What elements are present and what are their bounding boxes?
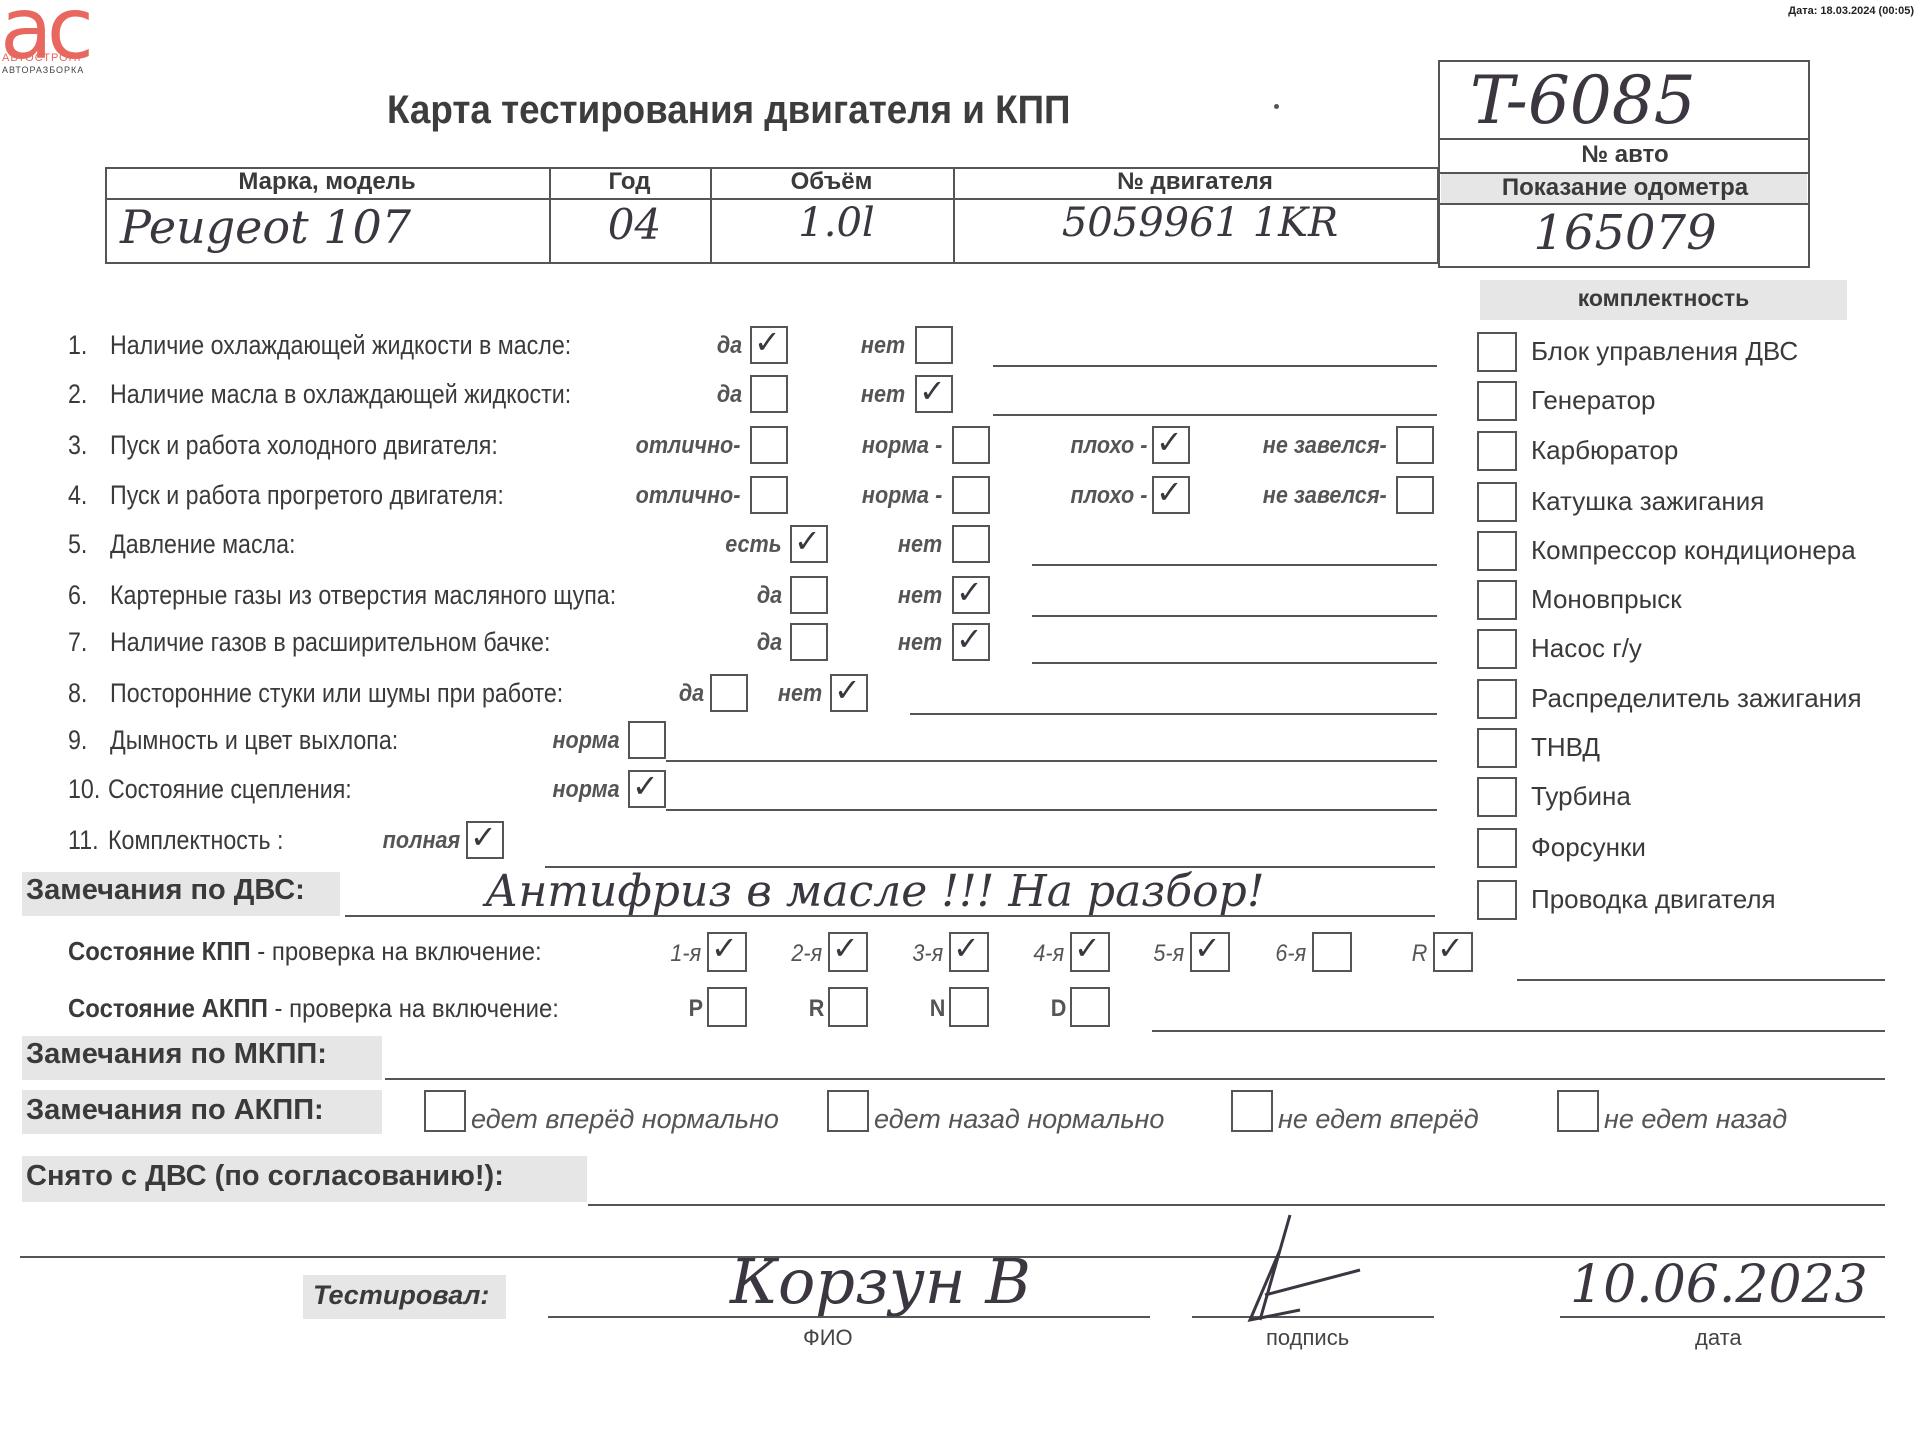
signature-mark xyxy=(1220,1210,1370,1330)
option-checkbox[interactable] xyxy=(628,721,666,759)
option-checkbox[interactable] xyxy=(952,476,990,514)
gear-checkbox[interactable]: ✓ xyxy=(828,932,868,972)
note-line[interactable] xyxy=(993,365,1437,367)
checklist-number: 11. xyxy=(68,825,99,856)
auto-gearbox-label: Состояние АКПП - проверка на включение: xyxy=(68,993,559,1024)
option-label: полная xyxy=(382,827,460,855)
odometer-label: Показание одометра xyxy=(1440,174,1810,202)
completeness-item-label: Форсунки xyxy=(1531,832,1646,863)
removed-line xyxy=(588,1204,1885,1206)
gear-label: R xyxy=(1411,940,1427,968)
option-label: нет xyxy=(861,381,905,409)
table-header: № двигателя xyxy=(953,168,1437,196)
check-mark-icon: ✓ xyxy=(956,619,983,661)
table-rule xyxy=(105,262,1439,264)
signature-caption: подпись xyxy=(1266,1325,1349,1351)
mkpp-remarks-label: Замечания по МКПП: xyxy=(26,1038,327,1071)
option-label: да xyxy=(757,629,782,657)
gear-checkbox[interactable]: ✓ xyxy=(1433,932,1473,972)
checklist-number: 2. xyxy=(68,379,87,410)
table-cell-value[interactable]: Peugeot 107 xyxy=(120,200,544,254)
option-label: не завелся- xyxy=(1263,432,1387,460)
option-label: отлично- xyxy=(635,432,740,460)
check-mark-icon: ✓ xyxy=(1156,472,1183,514)
option-label: отлично- xyxy=(635,482,740,510)
option-label: норма xyxy=(553,727,620,755)
option-label: нет xyxy=(861,332,905,360)
option-label: нет xyxy=(898,582,942,610)
engine-remarks-label: Замечания по ДВС: xyxy=(26,874,305,907)
option-label: есть xyxy=(726,531,782,559)
mkpp-remarks-line xyxy=(385,1078,1885,1080)
completeness-item-label: Проводка двигателя xyxy=(1531,884,1776,915)
manual-gearbox-label: Состояние КПП - проверка на включение: xyxy=(68,936,542,967)
auto-position-label: P xyxy=(689,995,703,1023)
checklist-number: 8. xyxy=(68,678,87,709)
akpp-remarks-label: Замечания по АКПП: xyxy=(26,1094,324,1127)
gear-label: 2-я xyxy=(791,940,822,968)
option-checkbox[interactable]: ✓ xyxy=(466,821,504,859)
completeness-item-label: Катушка зажигания xyxy=(1531,486,1764,517)
table-header: Марка, модель xyxy=(105,168,549,196)
completeness-checkbox[interactable] xyxy=(1477,828,1517,868)
option-label: не завелся- xyxy=(1263,482,1387,510)
table-header: Год xyxy=(549,168,710,196)
akpp-option-checkbox[interactable] xyxy=(1557,1090,1599,1132)
tested-by-label: Тестировал: xyxy=(313,1280,489,1311)
option-checkbox[interactable] xyxy=(750,476,788,514)
completeness-item-label: Моновпрыск xyxy=(1531,584,1682,615)
checklist-label: Посторонние стуки или шумы при работе: xyxy=(110,678,563,709)
completeness-checkbox[interactable] xyxy=(1477,728,1517,768)
check-mark-icon: ✓ xyxy=(1156,422,1183,464)
checklist-number: 3. xyxy=(68,430,87,461)
note-line[interactable] xyxy=(666,760,1437,762)
gear-checkbox[interactable]: ✓ xyxy=(1190,932,1230,972)
check-mark-icon: ✓ xyxy=(1194,928,1221,970)
vehicle-number-label: № авто xyxy=(1440,141,1810,169)
gear-label: 5-я xyxy=(1153,940,1184,968)
auto-position-label: N xyxy=(929,995,945,1023)
gear-label: 3-я xyxy=(912,940,943,968)
manual-gearbox-label-bold: Состояние КПП xyxy=(68,936,251,966)
check-mark-icon: ✓ xyxy=(1437,928,1464,970)
checklist-label: Комплектность : xyxy=(108,825,283,856)
auto-gearbox-label-bold: Состояние АКПП xyxy=(68,993,268,1023)
manual-gearbox-note-line xyxy=(1517,979,1885,981)
note-line[interactable] xyxy=(993,414,1437,416)
name-caption: ФИО xyxy=(803,1325,853,1351)
option-label: нет xyxy=(898,531,942,559)
option-checkbox[interactable] xyxy=(790,623,828,661)
checklist-label: Пуск и работа холодного двигателя: xyxy=(110,430,498,461)
check-mark-icon: ✓ xyxy=(953,928,980,970)
option-label: норма - xyxy=(862,432,942,460)
stray-dot xyxy=(1274,104,1279,109)
auto-position-checkbox[interactable] xyxy=(1070,987,1110,1027)
check-mark-icon: ✓ xyxy=(470,817,497,859)
checklist-label: Пуск и работа прогретого двигателя: xyxy=(110,480,504,511)
check-mark-icon: ✓ xyxy=(834,670,861,712)
gear-label: 6-я xyxy=(1275,940,1306,968)
completeness-checkbox[interactable] xyxy=(1477,629,1517,669)
manual-gearbox-label-rest: - проверка на включение: xyxy=(251,936,542,966)
completeness-checkbox[interactable] xyxy=(1477,482,1517,522)
check-mark-icon: ✓ xyxy=(919,371,946,413)
completeness-item-label: Карбюратор xyxy=(1531,435,1678,466)
option-checkbox[interactable]: ✓ xyxy=(952,623,990,661)
completeness-item-label: ТНВД xyxy=(1531,732,1600,763)
akpp-option-label: не едет назад xyxy=(1604,1104,1787,1135)
completeness-checkbox[interactable] xyxy=(1477,431,1517,471)
check-mark-icon: ✓ xyxy=(632,766,659,808)
option-checkbox[interactable] xyxy=(915,326,953,364)
auto-position-checkbox[interactable] xyxy=(949,987,989,1027)
note-line[interactable] xyxy=(1032,564,1437,566)
option-label: да xyxy=(717,332,742,360)
check-mark-icon: ✓ xyxy=(794,521,821,563)
completeness-checkbox[interactable] xyxy=(1477,531,1517,571)
gear-label: 4-я xyxy=(1033,940,1064,968)
completeness-item-label: Насос г/у xyxy=(1531,633,1642,664)
option-checkbox[interactable]: ✓ xyxy=(1152,476,1190,514)
date-caption: дата xyxy=(1695,1325,1742,1351)
completeness-checkbox[interactable] xyxy=(1477,679,1517,719)
completeness-checkbox[interactable] xyxy=(1477,381,1517,421)
option-checkbox[interactable]: ✓ xyxy=(1152,426,1190,464)
gear-label: 1-я xyxy=(670,940,701,968)
checklist-label: Наличие газов в расширительном бачке: xyxy=(110,627,550,658)
checklist-label: Наличие охлаждающей жидкости в масле: xyxy=(110,330,571,361)
option-label: нет xyxy=(778,680,822,708)
completeness-title: комплектность xyxy=(1480,285,1847,312)
tester-name[interactable]: Корзун В xyxy=(730,1245,1031,1318)
table-cell-value[interactable]: 04 xyxy=(564,200,705,249)
note-line[interactable] xyxy=(666,809,1437,811)
option-checkbox[interactable] xyxy=(790,576,828,614)
auto-position-checkbox[interactable] xyxy=(828,987,868,1027)
box-rule xyxy=(1440,266,1810,268)
completeness-item-label: Генератор xyxy=(1531,385,1656,416)
option-checkbox[interactable] xyxy=(1396,426,1434,464)
option-checkbox[interactable]: ✓ xyxy=(952,576,990,614)
option-label: плохо - xyxy=(1070,482,1147,510)
option-checkbox[interactable] xyxy=(1396,476,1434,514)
auto-gearbox-label-rest: - проверка на включение: xyxy=(268,993,559,1023)
akpp-option-checkbox[interactable] xyxy=(827,1090,869,1132)
completeness-item-label: Распределитель зажигания xyxy=(1531,683,1862,714)
option-label: да xyxy=(717,381,742,409)
print-date: Дата: 18.03.2024 (00:05) xyxy=(1788,5,1914,17)
option-label: да xyxy=(757,582,782,610)
note-line[interactable] xyxy=(1032,662,1437,664)
auto-gearbox-note-line xyxy=(1152,1030,1885,1032)
logo-subtitle: АВТОРАЗБОРКА xyxy=(2,65,84,75)
completeness-item-label: Компрессор кондиционера xyxy=(1531,535,1856,566)
completeness-checkbox[interactable] xyxy=(1477,580,1517,620)
completeness-item-label: Блок управления ДВС xyxy=(1531,336,1798,367)
engine-remarks-value[interactable]: Антифриз в масле !!! На разбор! xyxy=(485,866,1265,917)
option-checkbox[interactable]: ✓ xyxy=(628,770,666,808)
check-mark-icon: ✓ xyxy=(754,322,781,364)
option-checkbox[interactable] xyxy=(710,674,748,712)
completeness-checkbox[interactable] xyxy=(1477,880,1517,920)
option-checkbox[interactable]: ✓ xyxy=(915,375,953,413)
auto-position-label: R xyxy=(808,995,824,1023)
option-checkbox[interactable] xyxy=(952,426,990,464)
gear-checkbox[interactable]: ✓ xyxy=(707,932,747,972)
akpp-option-checkbox[interactable] xyxy=(424,1090,466,1132)
checklist-number: 6. xyxy=(68,580,87,611)
option-checkbox[interactable]: ✓ xyxy=(790,525,828,563)
auto-position-label: D xyxy=(1050,995,1066,1023)
checklist-number: 4. xyxy=(68,480,87,511)
akpp-option-label: едет вперёд нормально xyxy=(471,1104,779,1135)
option-checkbox[interactable]: ✓ xyxy=(830,674,868,712)
table-cell-value[interactable]: 1.0l xyxy=(725,200,948,246)
checklist-label: Давление масла: xyxy=(110,529,295,560)
gear-checkbox[interactable] xyxy=(1312,932,1352,972)
gear-checkbox[interactable]: ✓ xyxy=(949,932,989,972)
check-mark-icon: ✓ xyxy=(711,928,738,970)
akpp-option-label: едет назад нормально xyxy=(874,1104,1164,1135)
checklist-number: 1. xyxy=(68,330,87,361)
completeness-checkbox[interactable] xyxy=(1477,332,1517,372)
completeness-item-label: Турбина xyxy=(1531,781,1631,812)
page-title: Карта тестирования двигателя и КПП xyxy=(387,88,1070,133)
auto-position-checkbox[interactable] xyxy=(707,987,747,1027)
table-header: Объём xyxy=(710,168,953,196)
option-checkbox[interactable]: ✓ xyxy=(750,326,788,364)
checklist-label: Дымность и цвет выхлопа: xyxy=(110,725,398,756)
akpp-option-checkbox[interactable] xyxy=(1231,1090,1273,1132)
option-label: да xyxy=(679,680,704,708)
completeness-checkbox[interactable] xyxy=(1477,777,1517,817)
note-line[interactable] xyxy=(1032,615,1437,617)
option-checkbox[interactable] xyxy=(952,525,990,563)
check-mark-icon: ✓ xyxy=(832,928,859,970)
checklist-number: 7. xyxy=(68,627,87,658)
checklist-number: 10. xyxy=(68,774,100,805)
removed-label: Снято с ДВС (по согласованию!): xyxy=(26,1160,504,1193)
checklist-number: 5. xyxy=(68,529,87,560)
akpp-option-label: не едет вперёд xyxy=(1278,1104,1479,1135)
option-label: норма xyxy=(553,776,620,804)
option-label: нет xyxy=(898,629,942,657)
date-line xyxy=(1560,1316,1885,1318)
option-label: норма - xyxy=(862,482,942,510)
option-label: плохо - xyxy=(1070,432,1147,460)
checklist-label: Наличие масла в охлаждающей жидкости: xyxy=(110,379,571,410)
test-date[interactable]: 10.06.2023 xyxy=(1570,1255,1868,1315)
check-mark-icon: ✓ xyxy=(1074,928,1101,970)
option-checkbox[interactable] xyxy=(750,426,788,464)
vehicle-number-value[interactable]: T-6085 xyxy=(1470,62,1696,139)
odometer-value[interactable]: 165079 xyxy=(1440,205,1810,261)
note-line[interactable] xyxy=(910,713,1437,715)
check-mark-icon: ✓ xyxy=(956,572,983,614)
checklist-label: Состояние сцепления: xyxy=(108,774,352,805)
gear-checkbox[interactable]: ✓ xyxy=(1070,932,1110,972)
table-cell-value[interactable]: 5059961 1KR xyxy=(968,200,1432,246)
logo-name: АВТОСТРОНГ xyxy=(2,52,85,64)
option-checkbox[interactable] xyxy=(750,375,788,413)
checklist-number: 9. xyxy=(68,725,87,756)
checklist-label: Картерные газы из отверстия масляного щу… xyxy=(110,580,616,611)
